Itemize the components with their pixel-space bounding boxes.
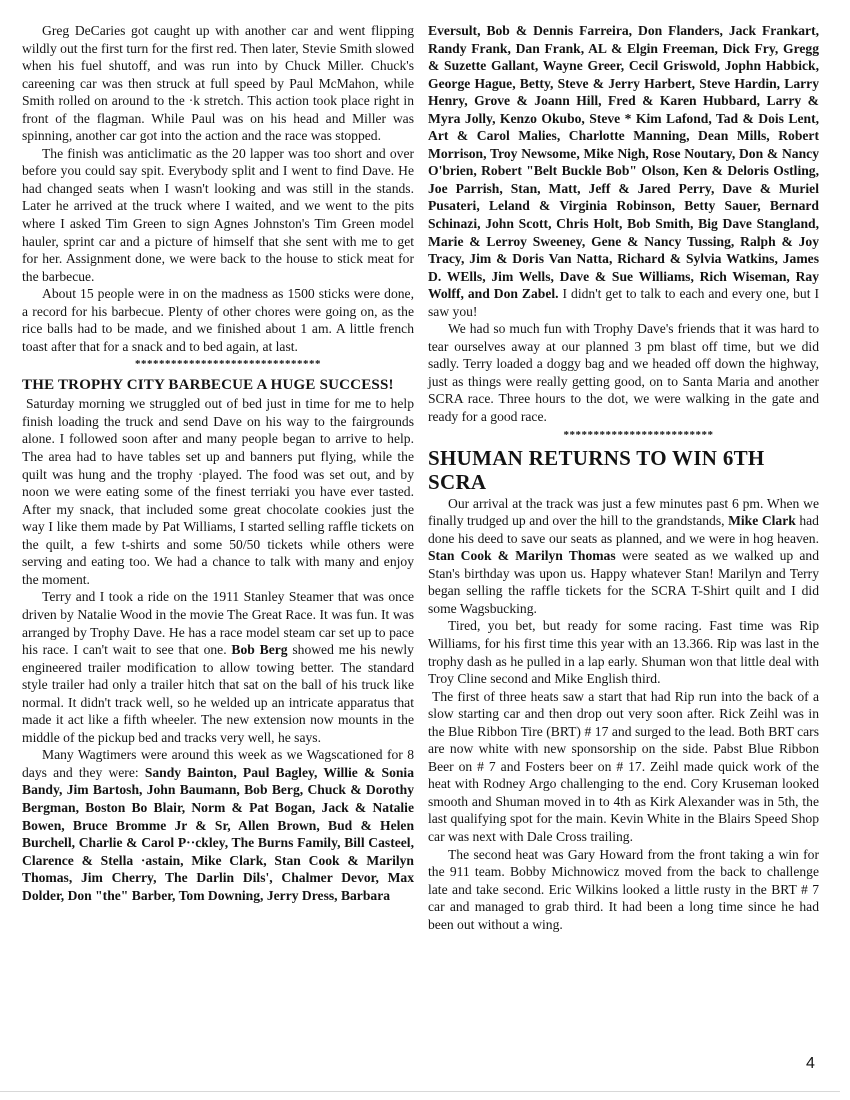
paragraph-arrival: Our arrival at the track was just a few … [428,495,819,618]
headline-shuman-returns: SHUMAN RETURNS TO WIN 6TH SCRA [428,446,819,494]
paragraph-wagtimers-list-cont: Eversult, Bob & Dennis Farreira, Don Fla… [428,22,819,320]
bold-name: Stan Cook & Marilyn Thomas [428,548,616,563]
bold-names-list: Eversult, Bob & Dennis Farreira, Don Fla… [428,23,819,301]
paragraph-wagtimers-list: Many Wagtimers were around this week as … [22,746,414,904]
paragraph-first-heat: The first of three heats saw a start tha… [428,688,819,846]
headline-trophy-city-barbecue: THE TROPHY CITY BARBECUE A HUGE SUCCESS! [22,375,414,395]
star-separator: ******************************* [22,356,414,373]
left-column: Greg DeCaries got caught up with another… [22,22,414,904]
paragraph-stanley-steamer: Terry and I took a ride on the 1911 Stan… [22,588,414,746]
paragraph-race-crash: Greg DeCaries got caught up with another… [22,22,414,145]
paragraph-text: showed me his newly engineered trailer m… [22,642,414,745]
newsletter-page: Greg DeCaries got caught up with another… [0,0,850,1100]
bold-names-list: Sandy Bainton, Paul Bagley, Willie & Son… [22,765,414,903]
paragraph-second-heat: The second heat was Gary Howard from the… [428,846,819,934]
bottom-edge-rule [0,1091,840,1092]
bold-name: Bob Berg [231,642,287,657]
paragraph-saturday-morning: Saturday morning we struggled out of bed… [22,395,414,588]
paragraph-fast-time: Tired, you bet, but ready for some racin… [428,617,819,687]
right-column: Eversult, Bob & Dennis Farreira, Don Fla… [428,22,819,933]
paragraph-departure: We had so much fun with Trophy Dave's fr… [428,320,819,425]
page-number: 4 [806,1055,815,1073]
star-separator: ************************* [428,427,819,444]
paragraph-finish: The finish was anticlimatic as the 20 la… [22,145,414,285]
bold-name: Mike Clark [728,513,796,528]
paragraph-barbecue-prep: About 15 people were in on the madness a… [22,285,414,355]
